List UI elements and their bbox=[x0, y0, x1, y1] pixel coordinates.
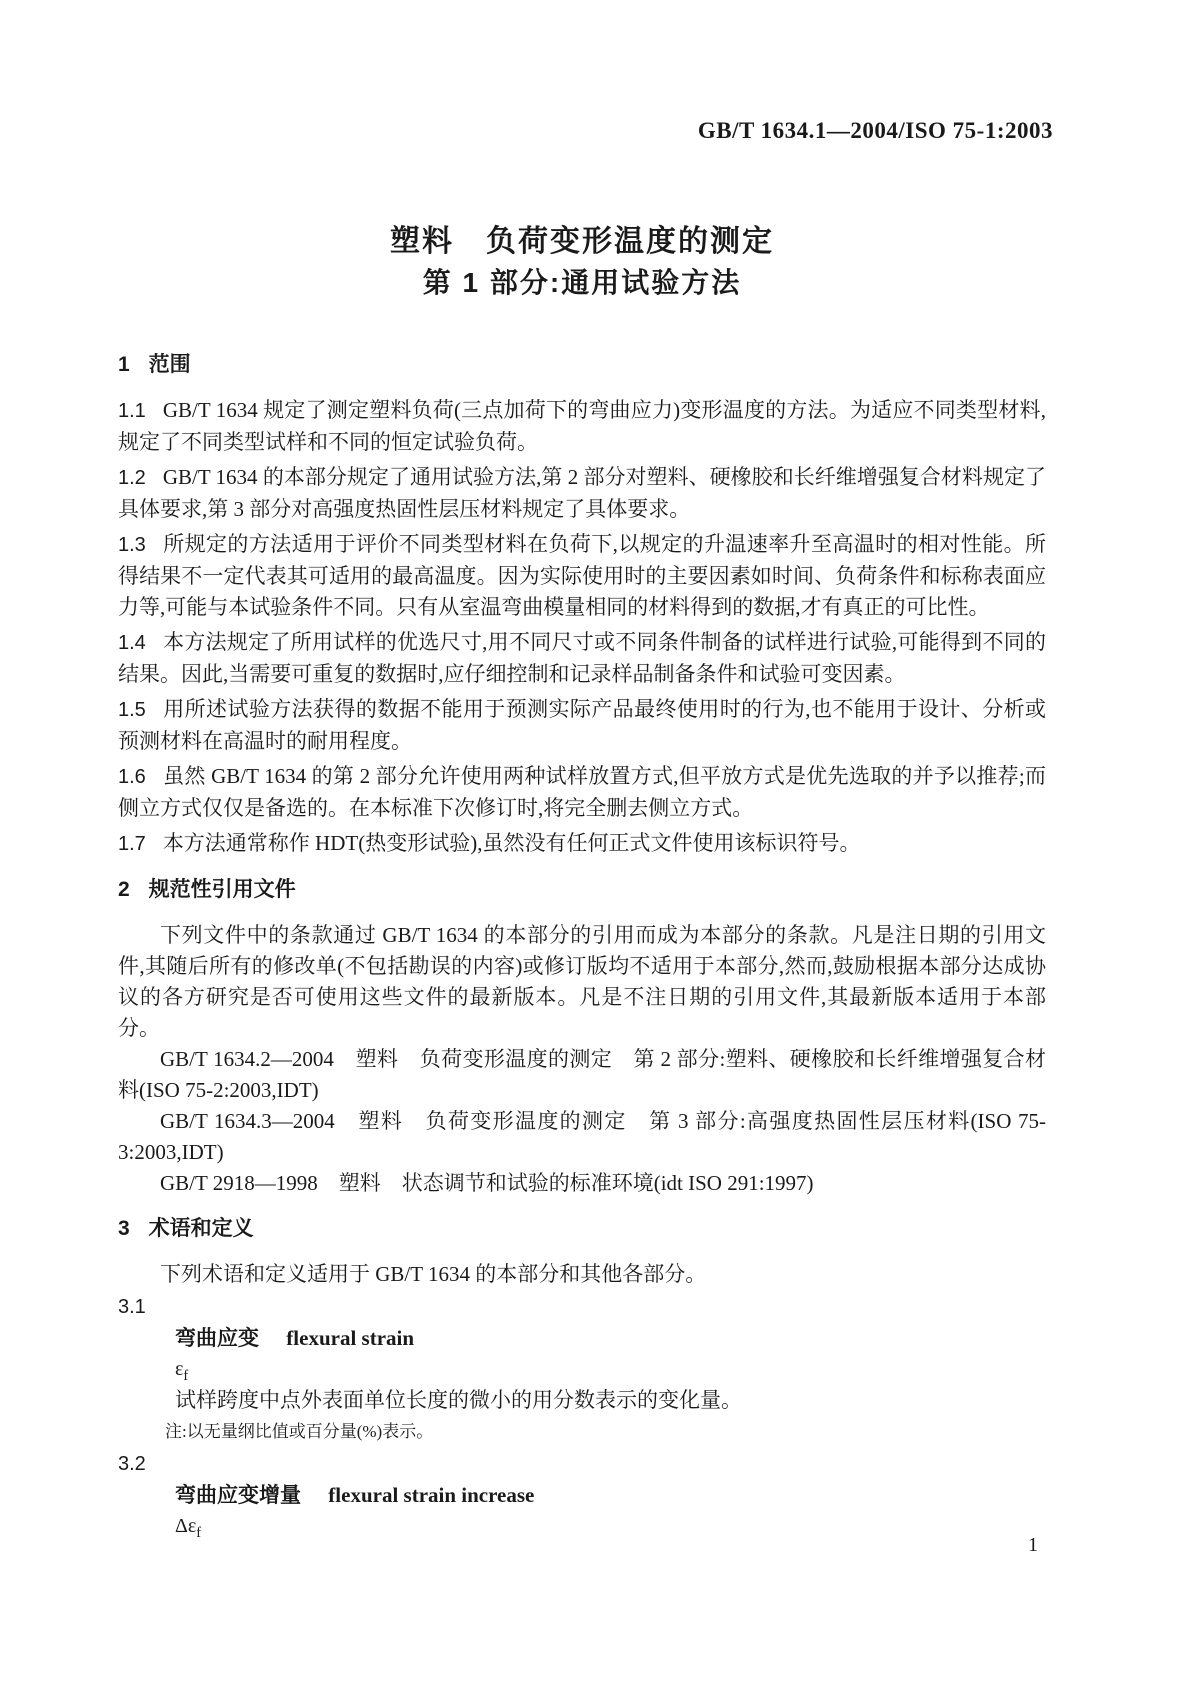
term-entry-3-2: 3.2 弯曲应变增量flexural strain increase Δεf bbox=[118, 1449, 1046, 1542]
term-title-line: 弯曲应变增量flexural strain increase bbox=[118, 1480, 1046, 1511]
page-number: 1 bbox=[1028, 1534, 1038, 1557]
clause-text: 本方法规定了所用试样的优选尺寸,用不同尺寸或不同条件制备的试样进行试验,可能得到… bbox=[118, 630, 1046, 686]
term-entry-3-1: 3.1 弯曲应变flexural strain εf 试样跨度中点外表面单位长度… bbox=[118, 1292, 1046, 1447]
term-name-en: flexural strain bbox=[286, 1326, 414, 1350]
term-definition: 试样跨度中点外表面单位长度的微小的用分数表示的变化量。 bbox=[118, 1385, 1046, 1416]
clause-number: 1.5 bbox=[118, 699, 146, 721]
clause-1-4: 1.4本方法规定了所用试样的优选尺寸,用不同尺寸或不同条件制备的试样进行试验,可… bbox=[118, 627, 1046, 690]
section-number: 3 bbox=[118, 1217, 130, 1240]
term-note: 注:以无量纲比值或百分量(%)表示。 bbox=[118, 1416, 1046, 1447]
document-title: 塑料 负荷变形温度的测定 bbox=[118, 225, 1046, 259]
section-title: 范围 bbox=[149, 353, 191, 376]
clause-text: 所规定的方法适用于评价不同类型材料在负荷下,以规定的升温速率升至高温时的相对性能… bbox=[118, 532, 1046, 619]
term-title-line: 弯曲应变flexural strain bbox=[118, 1323, 1046, 1354]
symbol-subscript: f bbox=[196, 1525, 201, 1541]
clause-1-6: 1.6虽然 GB/T 1634 的第 2 部分允许使用两种试样放置方式,但平放方… bbox=[118, 761, 1046, 824]
clause-text: GB/T 1634 规定了测定塑料负荷(三点加荷下的弯曲应力)变形温度的方法。为… bbox=[118, 398, 1046, 454]
term-number: 3.2 bbox=[118, 1449, 1046, 1480]
section-number: 2 bbox=[118, 878, 130, 901]
standard-code-header: GB/T 1634.1—2004/ISO 75-1:2003 bbox=[118, 118, 1053, 144]
clause-number: 1.3 bbox=[118, 534, 146, 556]
clause-number: 1.7 bbox=[118, 833, 146, 855]
clause-number: 1.6 bbox=[118, 766, 146, 788]
clause-number: 1.4 bbox=[118, 632, 146, 654]
clause-text: 用所述试验方法获得的数据不能用于预测实际产品最终使用时的行为,也不能用于设计、分… bbox=[118, 697, 1046, 753]
clause-1-1: 1.1GB/T 1634 规定了测定塑料负荷(三点加荷下的弯曲应力)变形温度的方… bbox=[118, 395, 1046, 458]
clause-number: 1.2 bbox=[118, 467, 146, 489]
clause-1-3: 1.3所规定的方法适用于评价不同类型材料在负荷下,以规定的升温速率升至高温时的相… bbox=[118, 529, 1046, 623]
symbol-subscript: f bbox=[183, 1368, 188, 1384]
section-number: 1 bbox=[118, 353, 130, 376]
document-subtitle: 第 1 部分:通用试验方法 bbox=[118, 267, 1046, 299]
clause-1-5: 1.5用所述试验方法获得的数据不能用于预测实际产品最终使用时的行为,也不能用于设… bbox=[118, 694, 1046, 757]
clause-text: GB/T 1634 的本部分规定了通用试验方法,第 2 部分对塑料、硬橡胶和长纤… bbox=[118, 465, 1046, 521]
standard-document-page: GB/T 1634.1—2004/ISO 75-1:2003 塑料 负荷变形温度… bbox=[0, 0, 1191, 1684]
reference-entry-2: GB/T 1634.3—2004 塑料 负荷变形温度的测定 第 3 部分:高强度… bbox=[118, 1106, 1046, 1168]
term-number: 3.1 bbox=[118, 1292, 1046, 1323]
clause-text: 本方法通常称作 HDT(热变形试验),虽然没有任何正式文件使用该标识符号。 bbox=[163, 831, 861, 855]
terms-intro: 下列术语和定义适用于 GB/T 1634 的本部分和其他各部分。 bbox=[118, 1259, 1046, 1290]
document-title-block: 塑料 负荷变形温度的测定 第 1 部分:通用试验方法 bbox=[118, 225, 1046, 299]
section-heading-scope: 1范围 bbox=[118, 352, 1046, 378]
reference-entry-1: GB/T 1634.2—2004 塑料 负荷变形温度的测定 第 2 部分:塑料、… bbox=[118, 1044, 1046, 1106]
term-name-en: flexural strain increase bbox=[328, 1483, 534, 1507]
term-name-zh: 弯曲应变 bbox=[175, 1327, 259, 1350]
term-symbol: εf bbox=[118, 1354, 1046, 1385]
document-body: 1范围 1.1GB/T 1634 规定了测定塑料负荷(三点加荷下的弯曲应力)变形… bbox=[118, 352, 1046, 1542]
section-heading-terms-definitions: 3术语和定义 bbox=[118, 1216, 1046, 1242]
clause-1-2: 1.2GB/T 1634 的本部分规定了通用试验方法,第 2 部分对塑料、硬橡胶… bbox=[118, 462, 1046, 525]
clause-text: 虽然 GB/T 1634 的第 2 部分允许使用两种试样放置方式,但平放方式是优… bbox=[118, 764, 1046, 820]
section-heading-normative-references: 2规范性引用文件 bbox=[118, 877, 1046, 903]
clause-number: 1.1 bbox=[118, 400, 146, 422]
reference-entry-3: GB/T 2918—1998 塑料 状态调节和试验的标准环境(idt ISO 2… bbox=[118, 1168, 1046, 1199]
term-name-zh: 弯曲应变增量 bbox=[175, 1484, 301, 1507]
section-title: 规范性引用文件 bbox=[149, 878, 296, 901]
term-symbol: Δεf bbox=[118, 1511, 1046, 1542]
normative-references-intro: 下列文件中的条款通过 GB/T 1634 的本部分的引用而成为本部分的条款。凡是… bbox=[118, 920, 1046, 1044]
section-title: 术语和定义 bbox=[149, 1217, 254, 1240]
clause-1-7: 1.7本方法通常称作 HDT(热变形试验),虽然没有任何正式文件使用该标识符号。 bbox=[118, 828, 1046, 860]
symbol-base: Δε bbox=[175, 1515, 196, 1537]
